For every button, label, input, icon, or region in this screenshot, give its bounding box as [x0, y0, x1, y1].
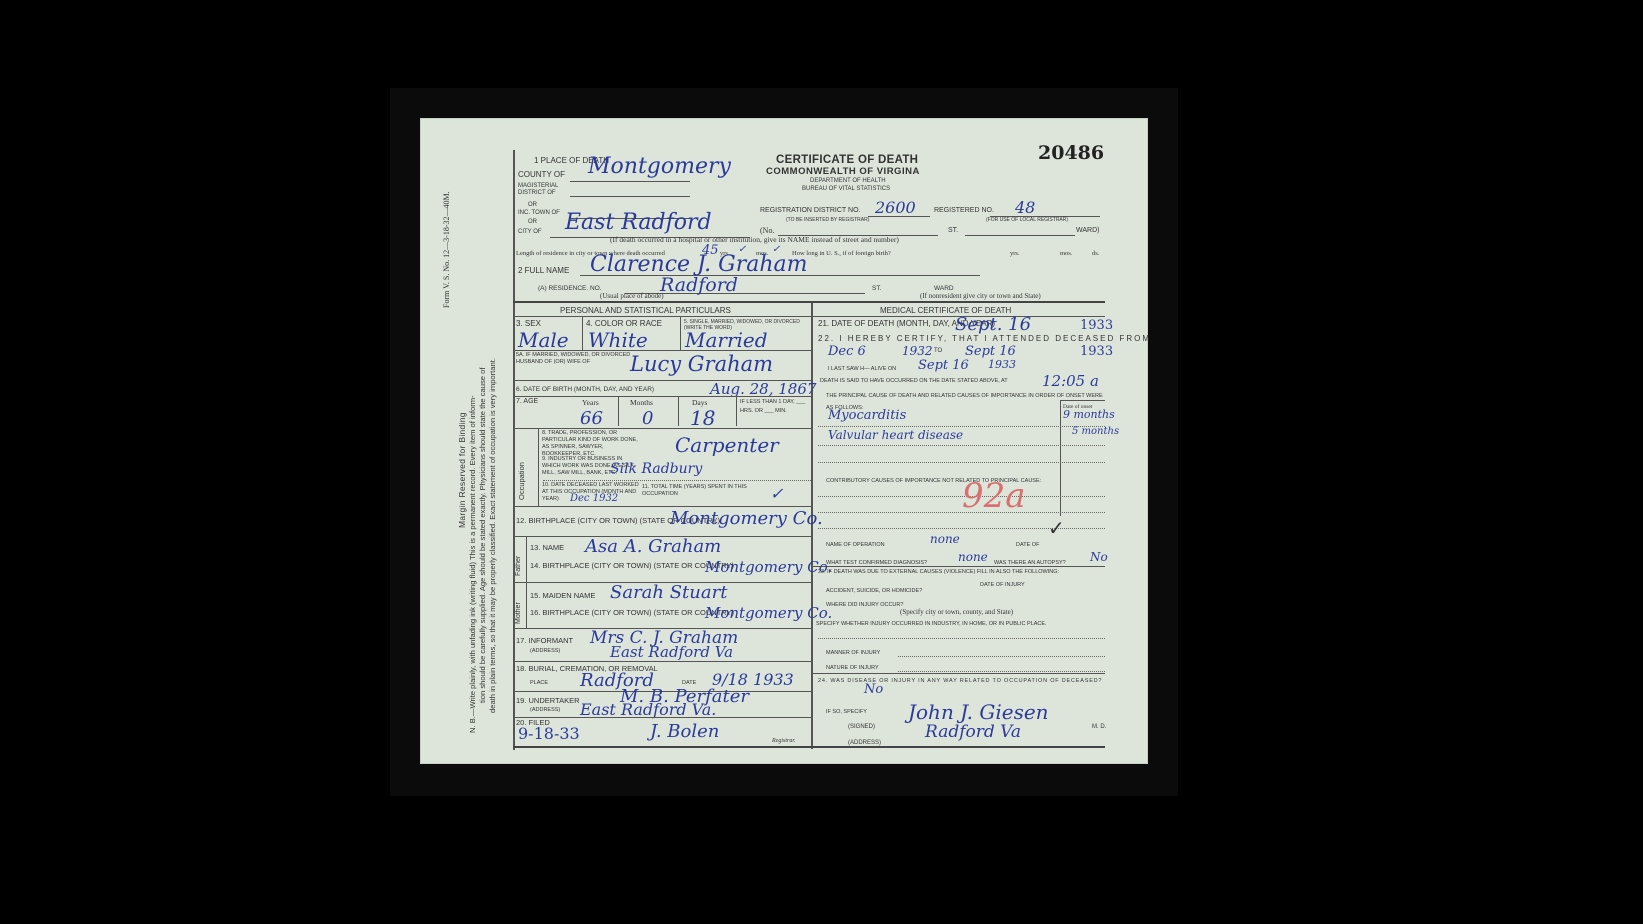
death-time-label: death is said to have occurred on the da… [820, 378, 1050, 384]
days-divider [736, 396, 737, 426]
row-line-6 [513, 396, 811, 397]
district-note: (To be inserted by registrar) [786, 217, 869, 223]
row-line-23 [813, 673, 1105, 674]
informant-address-value: East Radford Va [610, 643, 733, 661]
age-label: 7. Age [516, 398, 538, 405]
age-months-value: 0 [642, 408, 653, 429]
less-than-day-label: If less than 1 day, ___ hrs. or ___ min. [740, 398, 808, 416]
or-label-1: or [528, 202, 537, 208]
dod-year: 1933 [1080, 318, 1113, 333]
county-value: Montgomery [588, 154, 731, 179]
or-label-2: or [528, 219, 537, 225]
residence-value: Radford [660, 274, 738, 296]
city-label: City of [518, 229, 542, 235]
occupation-related-label: 24. Was disease or injury in any way rel… [818, 678, 1102, 684]
specify-place-label: Specify whether injury occurred in indus… [816, 620, 1106, 628]
mother-side-label: Mother [515, 602, 522, 624]
form-left-border [513, 150, 515, 750]
certificate-title: Certificate of Death [776, 154, 918, 166]
place-dotted-line [818, 638, 1105, 639]
residence-ward-label: Ward [934, 285, 954, 292]
informant-label: 17. Informant [516, 636, 573, 645]
external-label: 23. If death was due to external causes … [818, 569, 1103, 576]
mother-birthplace-label: 16. Birthplace (city or town) (State or … [530, 608, 734, 617]
department-label: Department of Health [810, 178, 886, 184]
row-line-19 [513, 717, 811, 718]
cause-line-2 [818, 445, 1105, 446]
ward-line [965, 235, 1075, 236]
industry-dotted-line [543, 480, 811, 481]
cause-1: Myocarditis [828, 408, 906, 423]
sex-label: 3. Sex [516, 319, 541, 328]
section-divider [513, 301, 1105, 303]
registered-no-value: 48 [1015, 198, 1035, 217]
operation-value: none [930, 532, 960, 546]
personal-header: Personal and Statistical Particulars [560, 306, 731, 315]
commonwealth-label: Commonwealth of Virgina [766, 166, 920, 177]
informant-address-label: (Address) [530, 648, 560, 654]
residence-label: (a) Residence. No. [538, 285, 602, 292]
cause-line-1 [818, 426, 1105, 427]
age-days-value: 18 [690, 406, 715, 430]
ward-label: Ward) [1076, 227, 1099, 234]
father-name-value: Asa A. Graham [585, 536, 721, 557]
sex-divider [582, 316, 583, 350]
onset-1: 9 months [1063, 408, 1115, 421]
instructions-line-3: death in plain terms, so that it may be … [488, 358, 497, 713]
attended-from-year: 1932 [902, 344, 933, 358]
attended-from: Dec 6 [828, 344, 866, 359]
if-so-label: If so, specify [826, 709, 867, 715]
personal-header-line [513, 316, 811, 317]
father-side-label: Father [515, 556, 522, 576]
trade-label: 8. Trade, profession, or particular kind… [532, 430, 642, 458]
certificate-number: 20486 [1038, 142, 1104, 164]
years-divider [618, 396, 619, 426]
months-label: Months [630, 398, 653, 407]
mother-name-value: Sarah Stuart [610, 582, 727, 603]
street-no-label: (No. [760, 226, 774, 235]
cause-line-3 [818, 462, 1105, 463]
total-time-value: ✓ [770, 484, 783, 503]
cause-2: Valvular heart disease [828, 428, 963, 442]
months-divider [678, 396, 679, 426]
sex-value: Male [518, 328, 569, 352]
last-saw-label: I last saw h— alive on [828, 366, 896, 372]
death-certificate-page: Form V. S. No. 12—3-18-32—40M. Margin Re… [420, 118, 1148, 764]
manner-label: Manner of injury [826, 650, 880, 656]
magisterial-label: Magisterial District of [518, 183, 578, 197]
mother-name-label: 15. Maiden Name [530, 591, 595, 600]
binding-margin-label: Margin Reserved for Binding [457, 412, 467, 528]
row-line-17 [513, 661, 811, 662]
race-label: 4. Color or Race [586, 319, 662, 328]
nature-label: Nature of injury [826, 665, 879, 671]
occupation-side-label: Occupation [517, 462, 526, 500]
row-line-22 [813, 566, 1105, 567]
autopsy-value: No [1090, 550, 1108, 564]
bureau-label: Bureau of Vital Statistics [802, 186, 890, 192]
instructions-line-2: tion should be carefully supplied. Age s… [478, 368, 487, 703]
last-saw-year: 1933 [988, 358, 1016, 371]
burial-place-label: Place [530, 680, 548, 686]
row-line-11 [513, 506, 811, 507]
registrar-signature: J. Bolen [650, 721, 719, 742]
county-line [570, 181, 690, 182]
residence-st-label: St. [872, 285, 881, 292]
industry-value: Silk Radbury [610, 461, 702, 477]
registration-district-label: Registration District No. [760, 207, 860, 214]
foreign-ds-label: ds. [1092, 250, 1099, 257]
row-line-7 [513, 428, 811, 429]
md-label: M. D. [1092, 724, 1106, 730]
undertaker-label: 19. Undertaker [516, 696, 580, 705]
test-value: none [958, 550, 988, 564]
years-label: Years [582, 398, 599, 407]
father-name-label: 13. Name [530, 543, 564, 552]
onset-2: 5 months [1072, 426, 1119, 437]
registered-no-label: Registered No. [934, 207, 994, 214]
street-label: St. [948, 227, 958, 234]
foreign-yrs-label: yrs. [1010, 250, 1020, 257]
filed-value: 9-18-33 [518, 724, 580, 743]
residence-note: (Usual place of abode) [600, 292, 664, 300]
total-time-label: 11. Total time (years) spent in this occ… [642, 484, 762, 498]
nature-line [898, 671, 1105, 672]
father-birthplace-value: Montgomery Co. [705, 558, 832, 576]
attended-to: Sept 16 [965, 344, 1016, 359]
registrar-label: Registrar. [772, 738, 796, 744]
spouse-value: Lucy Graham [630, 352, 773, 376]
operation-date-label: Date of [1016, 542, 1039, 548]
race-divider [680, 316, 681, 350]
physician-address-label: (Address) [848, 740, 881, 746]
physician-address-value: Radford Va [925, 722, 1021, 742]
father-birthplace-label: 14. Birthplace (city or town) (State or … [530, 561, 734, 570]
instructions-line-1: N. B.—Write plainly, with unfading ink (… [468, 395, 477, 733]
dob-label: 6. Date of Birth (month, day, and year) [516, 386, 654, 393]
manner-line [898, 656, 1105, 657]
hospital-note: (If death occurred in a hospital or othe… [610, 235, 899, 244]
city-value: East Radford [565, 210, 712, 235]
onset-top-line [1060, 400, 1105, 401]
last-saw-value: Sept 16 [918, 358, 969, 373]
last-worked-value: Dec 1932 [570, 493, 618, 504]
onset-column-divider [1060, 400, 1061, 516]
nonresident-note: (If nonresident give city or town and St… [920, 292, 1041, 300]
attended-to-year: 1933 [1080, 344, 1113, 359]
date-of-injury-label: Date of injury [980, 582, 1030, 589]
operation-label: Name of operation [826, 542, 885, 548]
race-value: White [588, 328, 648, 352]
inc-town-label: Inc. Town of [518, 210, 560, 216]
registration-district-value: 2600 [875, 198, 916, 217]
where-label: Where did injury occur? [826, 602, 903, 608]
foreign-mos-label: mos. [1060, 250, 1072, 257]
birthplace-value: Montgomery Co. [670, 508, 823, 529]
check-mark: ✓ [1048, 516, 1065, 540]
physician-signature: John J. Giesen [908, 700, 1049, 724]
trade-value: Carpenter [675, 433, 779, 457]
form-bottom-border [513, 746, 1105, 748]
signed-label: (Signed) [848, 724, 875, 730]
row-line-5 [513, 350, 811, 351]
red-annotation: 92a [962, 476, 1026, 516]
county-label: County of [518, 170, 565, 179]
mother-birthplace-value: Montgomery Co. [705, 604, 832, 622]
form-number: Form V. S. No. 12—3-18-32—40M. [442, 191, 451, 308]
full-name-label: 2 Full Name [518, 266, 569, 275]
to-label: to [934, 348, 942, 354]
where-note: (Specify city or town, county, and State… [900, 608, 1013, 616]
registered-note: (For use of local registrar) [986, 217, 1068, 223]
undertaker-address-label: (Address) [530, 707, 560, 713]
occupation-related-value: No [864, 682, 883, 697]
accident-label: Accident, suicide, or homicide? [826, 588, 922, 594]
dod-value: Sept. 16 [955, 314, 1031, 335]
marital-value: Married [685, 328, 768, 352]
age-years-value: 66 [580, 408, 603, 429]
spouse-label: 5a. If married, widowed, or divorced hus… [516, 352, 636, 366]
magisterial-line [570, 196, 690, 197]
certify-label: 22. I Hereby Certify, that I attended de… [818, 334, 1151, 343]
death-time-value: 12:05 a [1042, 372, 1099, 390]
